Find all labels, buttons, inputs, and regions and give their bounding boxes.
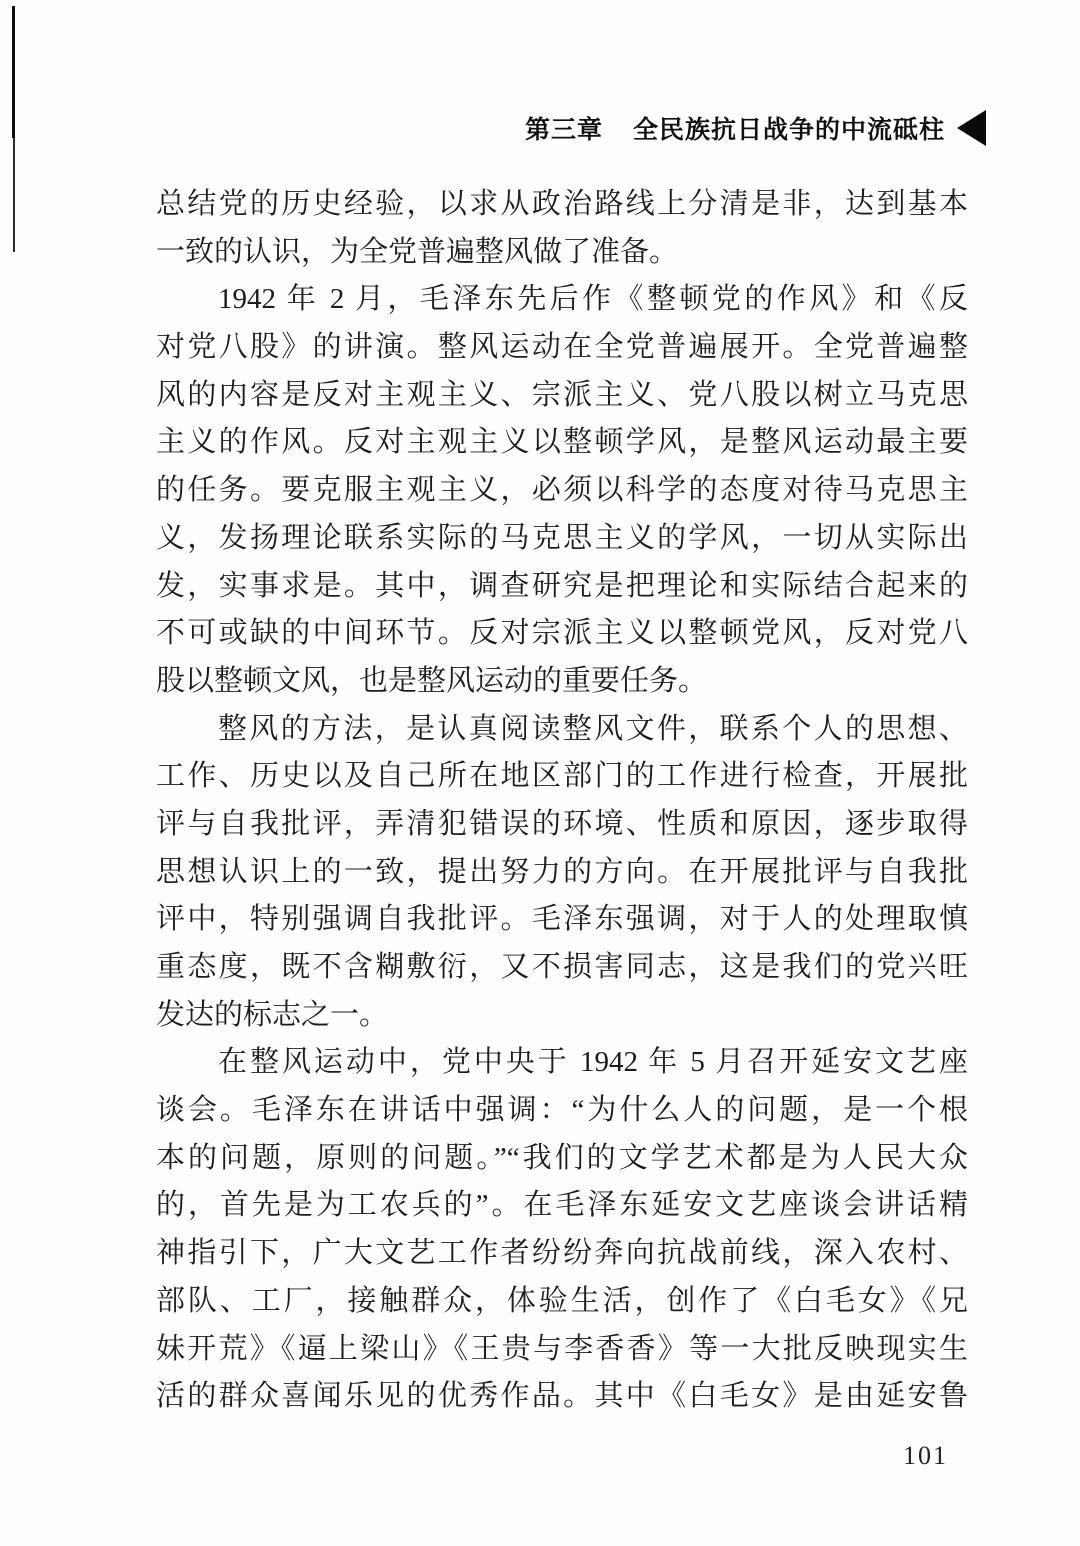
- text-line: 谈会。毛泽东在讲话中强调：“为什么人的问题，是一个根: [156, 1087, 968, 1135]
- text-line: 发达的标志之一。: [156, 992, 968, 1040]
- left-triangle-icon: [957, 110, 986, 146]
- text-line: 的，首先是为工农兵的”。在毛泽东延安文艺座谈会讲话精: [156, 1182, 968, 1230]
- scan-artifact-line: [13, 138, 15, 252]
- text-line: 评与自我批评，弄清犯错误的环境、性质和原因，逐步取得: [156, 801, 968, 849]
- text-line: 主义的作风。反对主观主义以整顿学风，是整风运动最主要: [156, 419, 968, 467]
- text-line: 发，实事求是。其中，调查研究是把理论和实际结合起来的: [156, 563, 968, 611]
- text-line: 思想认识上的一致，提出努力的方向。在开展批评与自我批: [156, 849, 968, 897]
- text-line: 1942 年 2 月，毛泽东先后作《整顿党的作风》和《反: [156, 276, 968, 324]
- page-number: 101: [903, 1441, 948, 1471]
- text-line: 一致的认识，为全党普遍整风做了准备。: [156, 229, 968, 277]
- text-line: 本的问题，原则的问题。”“我们的文学艺术都是为人民大众: [156, 1135, 968, 1183]
- text-line: 总结党的历史经验，以求从政治路线上分清是非，达到基本: [156, 181, 968, 229]
- text-line: 股以整顿文风，也是整风运动的重要任务。: [156, 658, 968, 706]
- text-line: 活的群众喜闻乐见的优秀作品。其中《白毛女》是由延安鲁: [156, 1373, 968, 1421]
- text-line: 重态度，既不含糊敷衍，又不损害同志，这是我们的党兴旺: [156, 944, 968, 992]
- running-header: 第三章 全民族抗日战争的中流砥柱: [525, 110, 986, 146]
- text-line: 在整风运动中，党中央于 1942 年 5 月召开延安文艺座: [156, 1039, 968, 1087]
- text-line: 义，发扬理论联系实际的马克思主义的学风，一切从实际出: [156, 515, 968, 563]
- text-line: 整风的方法，是认真阅读整风文件，联系个人的思想、: [156, 706, 968, 754]
- text-line: 不可或缺的中间环节。反对宗派主义以整顿党风，反对党八: [156, 610, 968, 658]
- text-line: 风的内容是反对主观主义、宗派主义、党八股以树立马克思: [156, 372, 968, 420]
- text-line: 部队、工厂，接触群众，体验生活，创作了《白毛女》《兄: [156, 1278, 968, 1326]
- text-line: 工作、历史以及自己所在地区部门的工作进行检查，开展批: [156, 753, 968, 801]
- book-page: 第三章 全民族抗日战争的中流砥柱 总结党的历史经验，以求从政治路线上分清是非，达…: [0, 0, 1080, 1546]
- text-line: 的任务。要克服主观主义，必须以科学的态度对待马克思主: [156, 467, 968, 515]
- text-line: 妹开荒》《逼上梁山》《王贵与李香香》等一大批反映现实生: [156, 1326, 968, 1374]
- chapter-title: 全民族抗日战争的中流砥柱: [633, 110, 945, 146]
- scan-artifact-line: [12, 6, 15, 138]
- chapter-number: 第三章: [525, 110, 603, 146]
- text-line: 对党八股》的讲演。整风运动在全党普遍展开。全党普遍整: [156, 324, 968, 372]
- text-line: 神指引下，广大文艺工作者纷纷奔向抗战前线，深入农村、: [156, 1230, 968, 1278]
- body-text: 总结党的历史经验，以求从政治路线上分清是非，达到基本一致的认识，为全党普遍整风做…: [156, 181, 968, 1421]
- text-line: 评中，特别强调自我批评。毛泽东强调，对于人的处理取慎: [156, 896, 968, 944]
